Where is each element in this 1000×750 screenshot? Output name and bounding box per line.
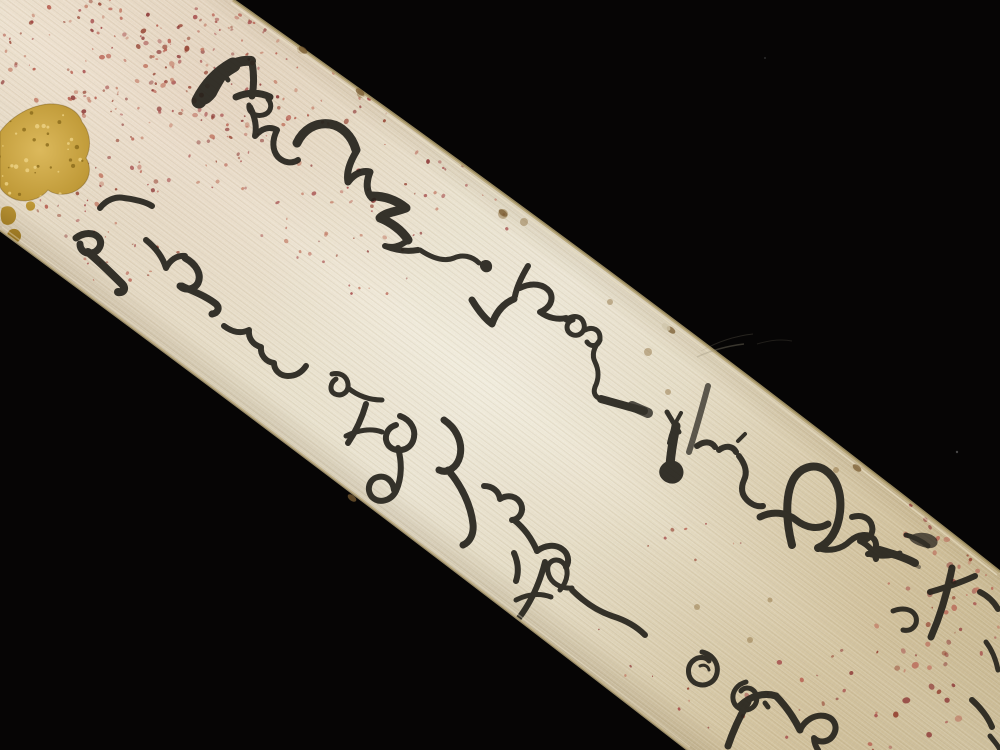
photo-viewport [0, 0, 1000, 750]
calligraphy-strip-photo [0, 0, 1000, 750]
